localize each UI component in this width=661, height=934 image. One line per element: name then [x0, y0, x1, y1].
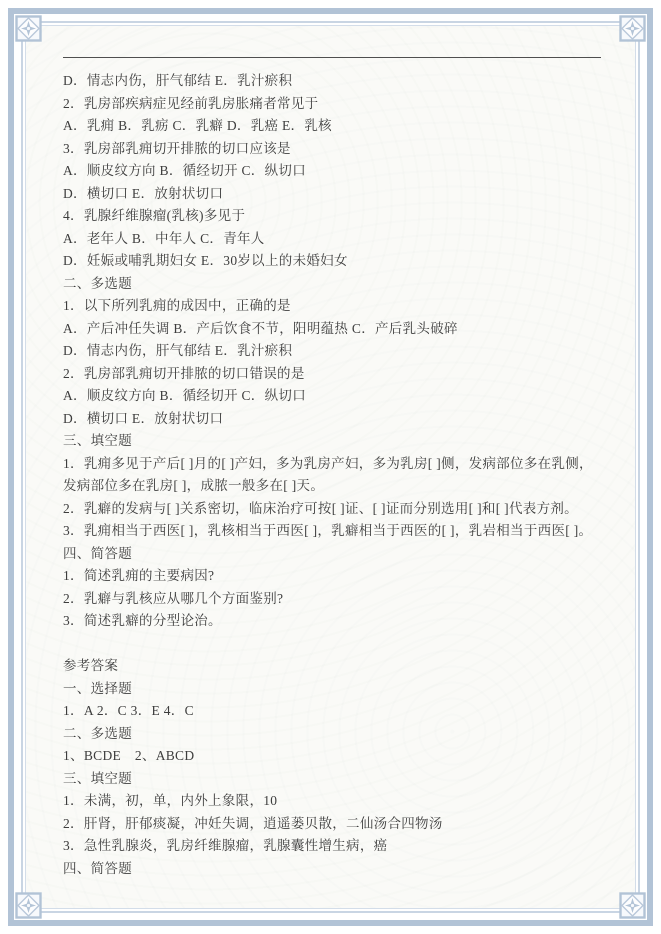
text-line: 2．乳房部乳痈切开排脓的切口错误的是 [63, 363, 645, 386]
header-rule [63, 57, 601, 58]
text-line: 四、简答题 [63, 543, 645, 566]
text-line: 3．乳房部乳痈切开排脓的切口应该是 [63, 138, 645, 161]
text-line: 二、多选题 [63, 273, 645, 296]
text-line: 1．简述乳痈的主要病因? [63, 565, 645, 588]
corner-ornament-icon [619, 892, 646, 919]
text-line: 1．乳痈多见于产后[ ]月的[ ]产妇，多为乳房产妇，多为乳房[ ]侧，发病部位… [63, 453, 645, 476]
text-line: A．顺皮纹方向 B．循经切开 C．纵切口 [63, 160, 645, 183]
text-line: 1．A 2．C 3．E 4．C [63, 700, 645, 723]
text-line: 一、选择题 [63, 678, 645, 701]
text-line: A．顺皮纹方向 B．循经切开 C．纵切口 [63, 385, 645, 408]
text-line: 2．乳癖与乳核应从哪几个方面鉴别? [63, 588, 645, 611]
text-line: D．妊娠或哺乳期妇女 E．30岁以上的未婚妇女 [63, 250, 645, 273]
block-gap [63, 633, 645, 656]
text-line: D．情志内伤，肝气郁结 E．乳汁瘀积 [63, 340, 645, 363]
text-line: D．情志内伤，肝气郁结 E．乳汁瘀积 [63, 70, 645, 93]
text-line: D．横切口 E．放射状切口 [63, 183, 645, 206]
text-line: 3．急性乳腺炎，乳房纤维腺瘤，乳腺囊性增生病，癌 [63, 835, 645, 858]
text-line: A．乳痈 B．乳疬 C．乳癖 D．乳癌 E．乳核 [63, 115, 645, 138]
text-line: 3．乳痈相当于西医[ ]，乳核相当于西医[ ]，乳癖相当于西医的[ ]，乳岩相当… [63, 520, 645, 543]
text-line: 3．简述乳癖的分型论治。 [63, 610, 645, 633]
text-line: 4．乳腺纤维腺瘤(乳核)多见于 [63, 205, 645, 228]
text-line: 参考答案 [63, 655, 645, 678]
document-page: D．情志内伤，肝气郁结 E．乳汁瘀积2．乳房部疾病症见经前乳房胀痛者常见于A．乳… [0, 0, 661, 934]
text-line: 二、多选题 [63, 723, 645, 746]
text-line: A．老年人 B．中年人 C．青年人 [63, 228, 645, 251]
text-line: A．产后冲任失调 B．产后饮食不节，阳明蕴热 C．产后乳头破碎 [63, 318, 645, 341]
text-line: 三、填空题 [63, 430, 645, 453]
text-line: 1、BCDE 2、ABCD [63, 745, 645, 768]
corner-ornament-icon [15, 892, 42, 919]
document-content: D．情志内伤，肝气郁结 E．乳汁瘀积2．乳房部疾病症见经前乳房胀痛者常见于A．乳… [63, 70, 645, 880]
corner-ornament-icon [619, 15, 646, 42]
text-line: 2．乳癖的发病与[ ]关系密切，临床治疗可按[ ]证、[ ]证而分别选用[ ]和… [63, 498, 645, 521]
text-line: 四、简答题 [63, 858, 645, 881]
text-line: D．横切口 E．放射状切口 [63, 408, 645, 431]
question-lines: D．情志内伤，肝气郁结 E．乳汁瘀积2．乳房部疾病症见经前乳房胀痛者常见于A．乳… [63, 70, 645, 633]
text-line: 2．乳房部疾病症见经前乳房胀痛者常见于 [63, 93, 645, 116]
text-line: 2．肝肾，肝郁痰凝，冲妊失调，逍遥蒌贝散，二仙汤合四物汤 [63, 813, 645, 836]
text-line: 1．未满，初，单，内外上象限，10 [63, 790, 645, 813]
text-line: 发病部位多在乳房[ ]，成脓一般多在[ ]天。 [63, 475, 645, 498]
corner-ornament-icon [15, 15, 42, 42]
text-line: 三、填空题 [63, 768, 645, 791]
answer-lines: 参考答案一、选择题1．A 2．C 3．E 4．C二、多选题1、BCDE 2、AB… [63, 655, 645, 880]
text-line: 1．以下所列乳痈的成因中，正确的是 [63, 295, 645, 318]
